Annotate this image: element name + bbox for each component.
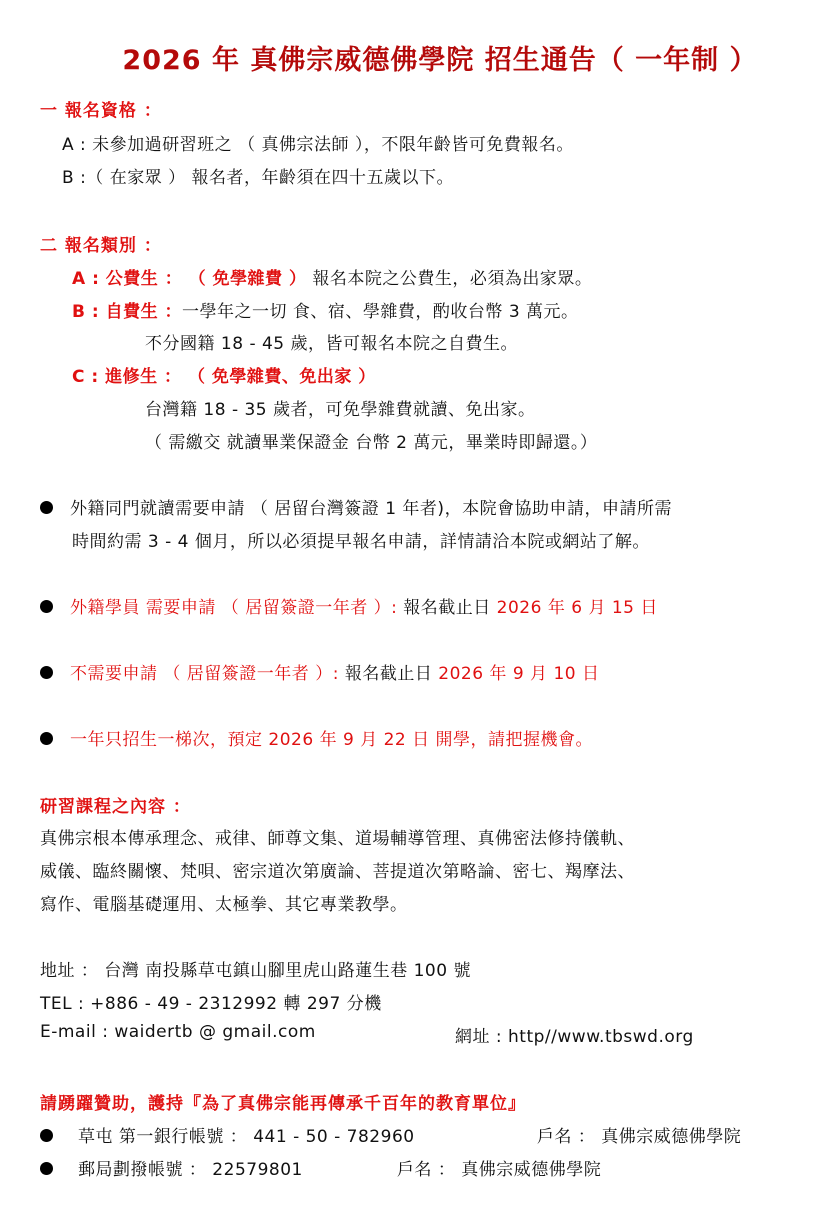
contact-website[interactable]: 網址 : http//www.tbswd.org (455, 1022, 694, 1047)
deadline-foreign: 外籍學員 需要申請 （ 居留簽證一年者 ）: 報名截止日 2026 年 6 月 … (40, 593, 658, 618)
category-a-text: 報名本院之公費生，必須為出家眾。 (306, 269, 592, 289)
bullet-icon (40, 1129, 53, 1142)
deadline-local-date: 2026 年 9 月 10 日 (438, 664, 599, 684)
category-b-label: B : 自費生 ： (72, 302, 182, 322)
bullet-icon (40, 666, 53, 679)
bullet-icon (40, 501, 53, 514)
section-categories-heading: 二 報名類別 ： (40, 231, 162, 256)
curriculum-line: 真佛宗根本傳承理念、戒律、師尊文集、道場輔導管理、真佛密法修持儀軌、 (40, 824, 635, 849)
category-b-text: 一學年之一切 食、宿、學雜費，酌收台幣 3 萬元。 (182, 302, 579, 322)
contact-tel: TEL : +886 - 49 - 2312992 轉 297 分機 (40, 989, 382, 1014)
category-c-sub2: （ 需繳交 就讀畢業保證金 台幣 2 萬元，畢業時即歸還。） (145, 428, 597, 453)
deadline-local-label: 不需要申請 （ 居留簽證一年者 ）: (70, 664, 339, 684)
category-c-sub1: 台灣籍 18 - 35 歲者，可免學雜費就讀、免出家。 (145, 395, 536, 420)
category-b: B : 自費生 ：一學年之一切 食、宿、學雜費，酌收台幣 3 萬元。 (72, 297, 579, 322)
eligibility-item-b: B :（ 在家眾 ） 報名者，年齡須在四十五歲以下。 (62, 163, 454, 188)
contact-email[interactable]: E-mail : waidertb @ gmail.com (40, 1022, 316, 1042)
eligibility-item-a: A : 未參加過研習班之 （ 真佛宗法師 ），不限年齡皆可免費報名。 (62, 130, 574, 155)
curriculum-line: 威儀、臨終關懷、梵唄、密宗道次第廣論、菩提道次第略論、密七、羯摩法、 (40, 857, 635, 882)
bullet-icon (40, 1162, 53, 1175)
deadline-foreign-date: 2026 年 6 月 15 日 (497, 598, 658, 618)
category-c-label: C : 進修生 ： （ 免學雜費、免出家 ） (72, 362, 376, 387)
category-a-label: A : 公費生 ： （ 免學雜費 ） (72, 269, 306, 289)
section-eligibility-heading: 一 報名資格 ： (40, 96, 162, 121)
bullet-icon (40, 600, 53, 613)
donation-post: 郵局劃撥帳號 ： 22579801 (40, 1155, 303, 1180)
foreign-students-note: 外籍同門就讀需要申請 （ 居留台灣簽證 1 年者)，本院會協助申請，申請所需 (40, 494, 672, 519)
curriculum-heading: 研習課程之內容 ： (40, 792, 191, 817)
page-title: 2026 年 真佛宗威德佛學院 招生通告（ 一年制 ） (0, 38, 835, 77)
start-date: 一年只招生一梯次，預定 2026 年 9 月 22 日 開學，請把握機會。 (40, 725, 593, 750)
start-date-text: 一年只招生一梯次，預定 2026 年 9 月 22 日 開學，請把握機會。 (70, 730, 593, 750)
deadline-foreign-mid: 報名截止日 (397, 598, 496, 618)
deadline-local-mid: 報名截止日 (339, 664, 438, 684)
category-a: A : 公費生 ： （ 免學雜費 ） 報名本院之公費生，必須為出家眾。 (72, 264, 592, 289)
bank-owner: 戶名 ： 真佛宗威德佛學院 (537, 1122, 741, 1147)
post-account: 郵局劃撥帳號 ： 22579801 (78, 1160, 303, 1180)
contact-address: 地址 ： 台灣 南投縣草屯鎮山腳里虎山路蓮生巷 100 號 (40, 956, 471, 981)
foreign-note-line1: 外籍同門就讀需要申請 （ 居留台灣簽證 1 年者)，本院會協助申請，申請所需 (70, 499, 672, 519)
curriculum-line: 寫作、電腦基礎運用、太極拳、其它專業教學。 (40, 890, 408, 915)
deadline-local: 不需要申請 （ 居留簽證一年者 ）: 報名截止日 2026 年 9 月 10 日 (40, 659, 600, 684)
donation-bank: 草屯 第一銀行帳號 ： 441 - 50 - 782960 (40, 1122, 415, 1147)
deadline-foreign-label: 外籍學員 需要申請 （ 居留簽證一年者 ）: (70, 598, 397, 618)
bullet-icon (40, 732, 53, 745)
donation-heading: 請踴躍贊助，護持『為了真佛宗能再傳承千百年的教育單位』 (40, 1089, 526, 1114)
category-b-sub: 不分國籍 18 - 45 歲，皆可報名本院之自費生。 (145, 329, 518, 354)
bank-account: 草屯 第一銀行帳號 ： 441 - 50 - 782960 (78, 1127, 415, 1147)
foreign-note-line2: 時間約需 3 - 4 個月，所以必須提早報名申請，詳情請洽本院或網站了解。 (72, 527, 650, 552)
post-owner: 戶名 ： 真佛宗威德佛學院 (397, 1155, 601, 1180)
